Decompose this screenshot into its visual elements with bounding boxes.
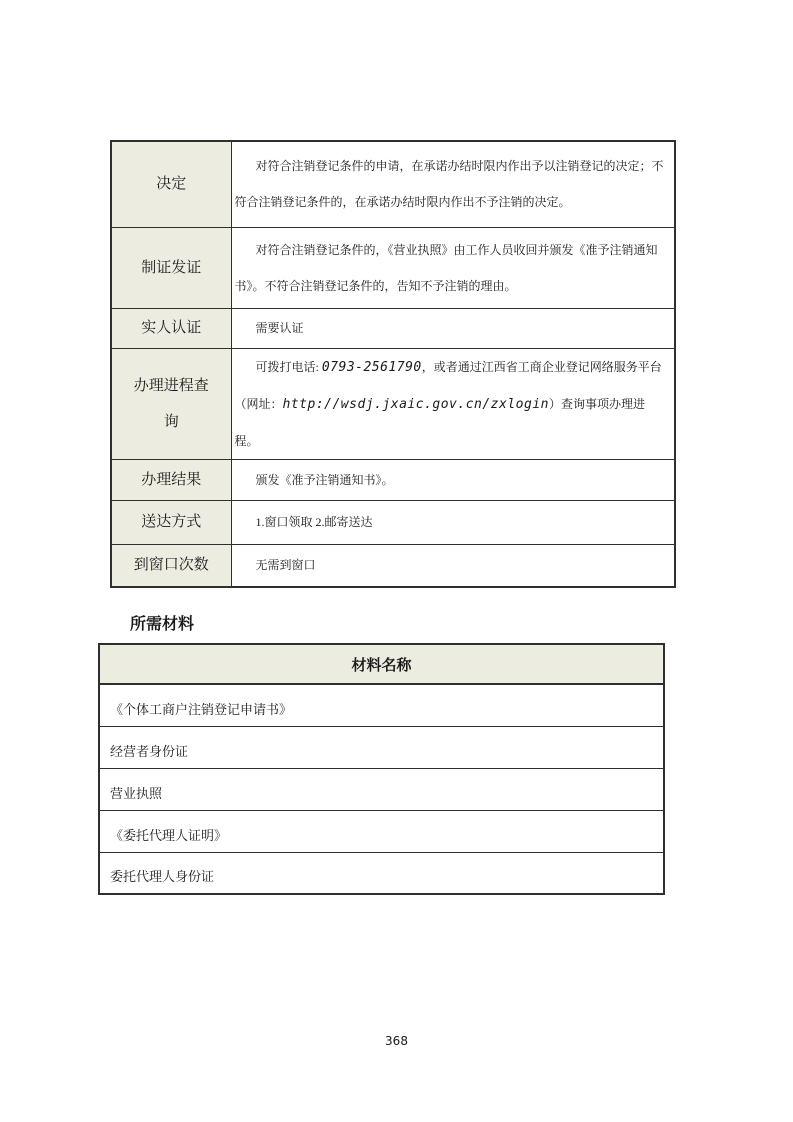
row-window-visits: 到窗口次数 无需到窗口	[111, 544, 675, 587]
row-decision: 决定 对符合注销登记条件的申请，在承诺办结时限内作出予以注销登记的决定；不 符合…	[111, 141, 675, 227]
procedure-table: 决定 对符合注销登记条件的申请，在承诺办结时限内作出予以注销登记的决定；不 符合…	[110, 140, 676, 588]
material-row: 营业执照	[99, 768, 664, 810]
row-label-decision: 决定	[111, 141, 231, 227]
row-content-window-visits: 无需到窗口	[231, 544, 675, 587]
phone-number: 0793-2561790	[322, 360, 422, 375]
row-content-real-person-auth: 需要认证	[231, 308, 675, 348]
row-progress-inquiry: 办理进程查 询 可拨打电话: 0793-2561790，或者通过江西省工商企业登…	[111, 348, 675, 459]
progress-inquiry-text-lead: 可拨打电话:	[256, 360, 322, 374]
result-text: 颁发《准予注销通知书》。	[235, 462, 667, 498]
row-content-delivery-method: 1.窗口领取 2.邮寄送达	[231, 500, 675, 544]
certificate-issuance-text: 对符合注销登记条件的，《营业执照》由工作人员收回并颁发《准予注销通知 书》。不符…	[235, 232, 667, 304]
real-person-auth-text: 需要认证	[235, 310, 667, 346]
material-name: 委托代理人身份证	[99, 852, 664, 894]
service-url: http://wsdj.jxaic.gov.cn/zxlogin	[283, 397, 549, 412]
materials-section-title: 所需材料	[130, 611, 194, 634]
window-visits-text: 无需到窗口	[235, 547, 667, 583]
materials-header-row: 材料名称	[99, 644, 664, 684]
row-real-person-auth: 实人认证 需要认证	[111, 308, 675, 348]
row-result: 办理结果 颁发《准予注销通知书》。	[111, 459, 675, 500]
material-name: 营业执照	[99, 768, 664, 810]
document-page: { "colors": { "header_cell_bg": "#EDECE0…	[0, 0, 793, 1122]
row-content-progress-inquiry: 可拨打电话: 0793-2561790，或者通过江西省工商企业登记网络服务平台 …	[231, 348, 675, 459]
progress-inquiry-text: 可拨打电话: 0793-2561790，或者通过江西省工商企业登记网络服务平台 …	[235, 349, 667, 459]
material-row: 委托代理人身份证	[99, 852, 664, 894]
materials-column-header: 材料名称	[99, 644, 664, 684]
material-row: 《个体工商户注销登记申请书》	[99, 684, 664, 726]
row-content-result: 颁发《准予注销通知书》。	[231, 459, 675, 500]
row-label-progress-inquiry: 办理进程查 询	[111, 348, 231, 459]
delivery-method-text: 1.窗口领取 2.邮寄送达	[235, 504, 667, 540]
decision-text: 对符合注销登记条件的申请，在承诺办结时限内作出予以注销登记的决定；不 符合注销登…	[235, 148, 667, 220]
row-label-result: 办理结果	[111, 459, 231, 500]
materials-table: 材料名称 《个体工商户注销登记申请书》 经营者身份证 营业执照 《委托代理人证明…	[98, 643, 665, 895]
row-content-decision: 对符合注销登记条件的申请，在承诺办结时限内作出予以注销登记的决定；不 符合注销登…	[231, 141, 675, 227]
material-name: 《个体工商户注销登记申请书》	[99, 684, 664, 726]
row-label-delivery-method: 送达方式	[111, 500, 231, 544]
row-certificate-issuance: 制证发证 对符合注销登记条件的，《营业执照》由工作人员收回并颁发《准予注销通知 …	[111, 227, 675, 308]
row-content-certificate-issuance: 对符合注销登记条件的，《营业执照》由工作人员收回并颁发《准予注销通知 书》。不符…	[231, 227, 675, 308]
row-label-real-person-auth: 实人认证	[111, 308, 231, 348]
material-row: 经营者身份证	[99, 726, 664, 768]
row-delivery-method: 送达方式 1.窗口领取 2.邮寄送达	[111, 500, 675, 544]
material-name: 经营者身份证	[99, 726, 664, 768]
material-name: 《委托代理人证明》	[99, 810, 664, 852]
row-label-window-visits: 到窗口次数	[111, 544, 231, 587]
material-row: 《委托代理人证明》	[99, 810, 664, 852]
row-label-certificate-issuance: 制证发证	[111, 227, 231, 308]
page-number: 368	[0, 1034, 793, 1048]
